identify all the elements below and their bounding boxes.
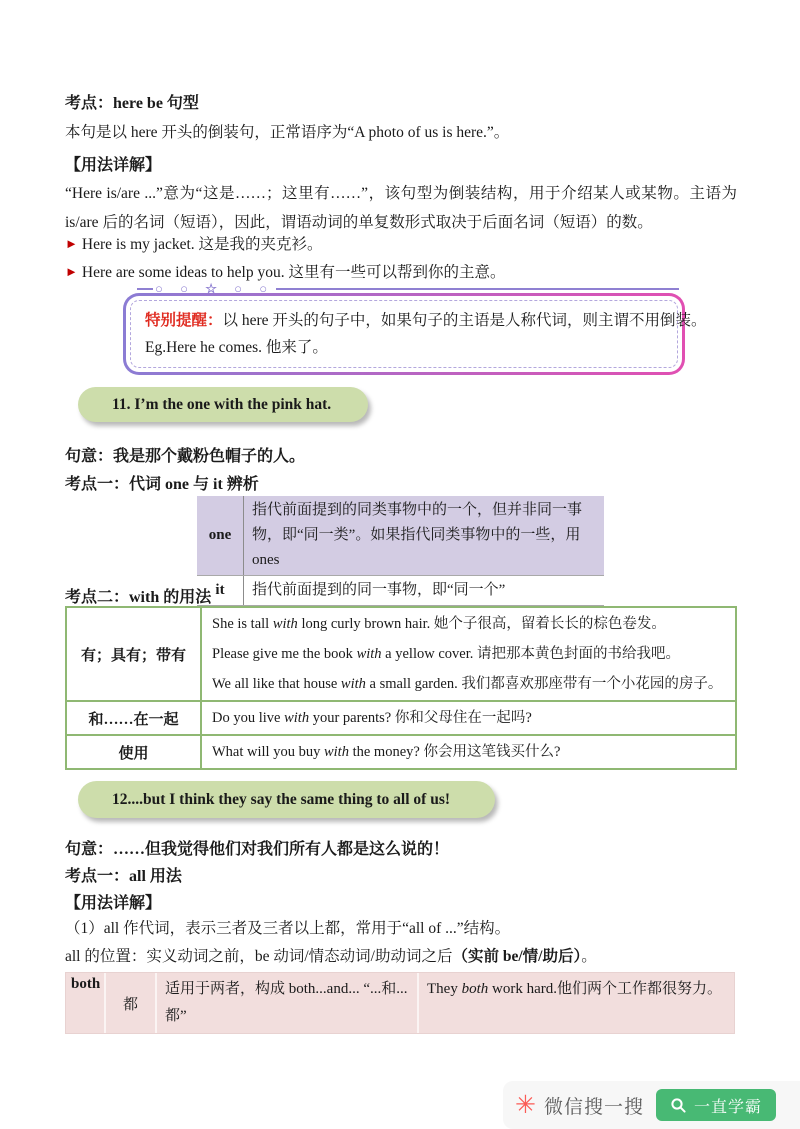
usage-label-cell: 使用 (67, 736, 202, 768)
examples-cell: What will you buy with the money? 你会用这笔钱… (202, 736, 735, 768)
search-button[interactable]: 一直学霸 (656, 1089, 776, 1121)
example-cell: They both work hard.他们两个工作都很努力。 (419, 973, 734, 1033)
circles-star-icon: ○ ○ ☆ ○ ○ (153, 282, 276, 296)
all-position-line: all 的位置：实义动词之前，be 动词/情态动词/助动词之后（实前 be/情/… (65, 946, 597, 968)
reminder-example: Eg.Here he comes. 他来了。 (145, 334, 663, 361)
examples-cell: Do you live with your parents? 你和父母住在一起吗… (202, 702, 735, 734)
here-be-explanation: 本句是以 here 开头的倒装句，正常语序为“A photo of us is … (65, 122, 509, 144)
reminder-border: 特别提醒：以 here 开头的句子中，如果句子的主语是人称代词，则主谓不用倒装。… (123, 293, 685, 375)
description-cell: 指代前面提到的同一事物，即“同一个” (244, 576, 604, 605)
reminder-line-1: 特别提醒：以 here 开头的句子中，如果句子的主语是人称代词，则主谓不用倒装。 (145, 307, 663, 334)
sentence-meaning-12: 句意：……但我觉得他们对我们所有人都是这么说的！ (65, 836, 449, 859)
reminder-decoration: ○ ○ ☆ ○ ○ (137, 281, 685, 297)
table-row: it 指代前面提到的同一事物，即“同一个” (197, 576, 604, 606)
example-sentence: ►Here is my jacket. 这是我的夹克衫。 (65, 233, 323, 256)
here-be-usage-paragraph: “Here is/are ...”意为“这是……；这里有……”，该句型为倒装结构… (65, 179, 737, 237)
sentence-meaning-11: 句意：我是那个戴粉色帽子的人。 (65, 443, 305, 466)
decor-line (137, 288, 153, 290)
search-icon (670, 1097, 687, 1114)
section-12-pill-heading: 12....but I think they say the same thin… (78, 781, 495, 818)
example-sentence: We all like that house with a small gard… (212, 669, 725, 699)
term-cell: one (197, 496, 244, 575)
example-sentence: Please give me the book with a yellow co… (212, 639, 725, 669)
point-1-heading-11: 考点一：代词 one 与 it 辨析 (65, 471, 259, 494)
triangle-bullet-icon: ► (65, 264, 78, 279)
wechat-search-brand: 微信搜一搜 (544, 1092, 644, 1119)
section-heading-here-be: 考点：here be 句型 (65, 90, 199, 113)
point-1-heading-12: 考点一：all 用法 (65, 863, 182, 886)
table-row: 和……在一起 Do you live with your parents? 你和… (67, 702, 735, 736)
one-it-table: one 指代前面提到的同类事物中的一个，但并非同一事物，即“同一类”。如果指代同… (197, 496, 604, 606)
example-sentence: Do you live with your parents? 你和父母住在一起吗… (212, 703, 725, 733)
usage-label-cell: 有；具有；带有 (67, 608, 202, 700)
example-text: Here is my jacket. 这是我的夹克衫。 (82, 236, 323, 253)
example-sentence: She is tall with long curly brown hair. … (212, 609, 725, 639)
both-table: both 都 适用于两者，构成 both...and... “...和...都”… (65, 972, 735, 1034)
description-cell: 指代前面提到的同类事物中的一个，但并非同一事物，即“同一类”。如果指代同类事物中… (244, 496, 604, 575)
reminder-label: 特别提醒： (145, 312, 223, 329)
usage-cell: 适用于两者，构成 both...and... “...和...都” (157, 973, 419, 1033)
all-pronoun-line: （1）all 作代词，表示三者及三者以上都，常用于“all of ...”结构。 (65, 918, 510, 940)
section-11-pill-heading: 11. I’m the one with the pink hat. (78, 387, 368, 422)
table-row: 有；具有；带有 She is tall with long curly brow… (67, 608, 735, 702)
example-text: Here are some ideas to help you. 这里有一些可以… (82, 264, 506, 281)
meaning-cell: 都 (106, 973, 157, 1033)
usage-label-cell: 和……在一起 (67, 702, 202, 734)
usage-detail-label: 【用法详解】 (65, 152, 161, 175)
table-row: one 指代前面提到的同类事物中的一个，但并非同一事物，即“同一类”。如果指代同… (197, 496, 604, 576)
examples-cell: She is tall with long curly brown hair. … (202, 608, 735, 700)
search-button-label: 一直学霸 (694, 1094, 762, 1117)
reminder-text: 以 here 开头的句子中，如果句子的主语是人称代词，则主谓不用倒装。 (223, 312, 707, 329)
decor-line (276, 288, 679, 290)
example-sentence: What will you buy with the money? 你会用这笔钱… (212, 737, 725, 767)
term-cell: both (66, 973, 106, 1033)
triangle-bullet-icon: ► (65, 236, 78, 251)
point-2-heading-11: 考点二：with 的用法 (65, 584, 211, 607)
wechat-search-logo-icon: ✳ (515, 1093, 536, 1118)
usage-detail-label: 【用法详解】 (65, 890, 161, 913)
footer-watermark: ✳ 微信搜一搜 一直学霸 (503, 1081, 800, 1129)
table-row: 使用 What will you buy with the money? 你会用… (67, 736, 735, 768)
with-usage-table: 有；具有；带有 She is tall with long curly brow… (65, 606, 737, 770)
special-reminder-box: ○ ○ ☆ ○ ○ 特别提醒：以 here 开头的句子中，如果句子的主语是人称代… (123, 281, 685, 375)
